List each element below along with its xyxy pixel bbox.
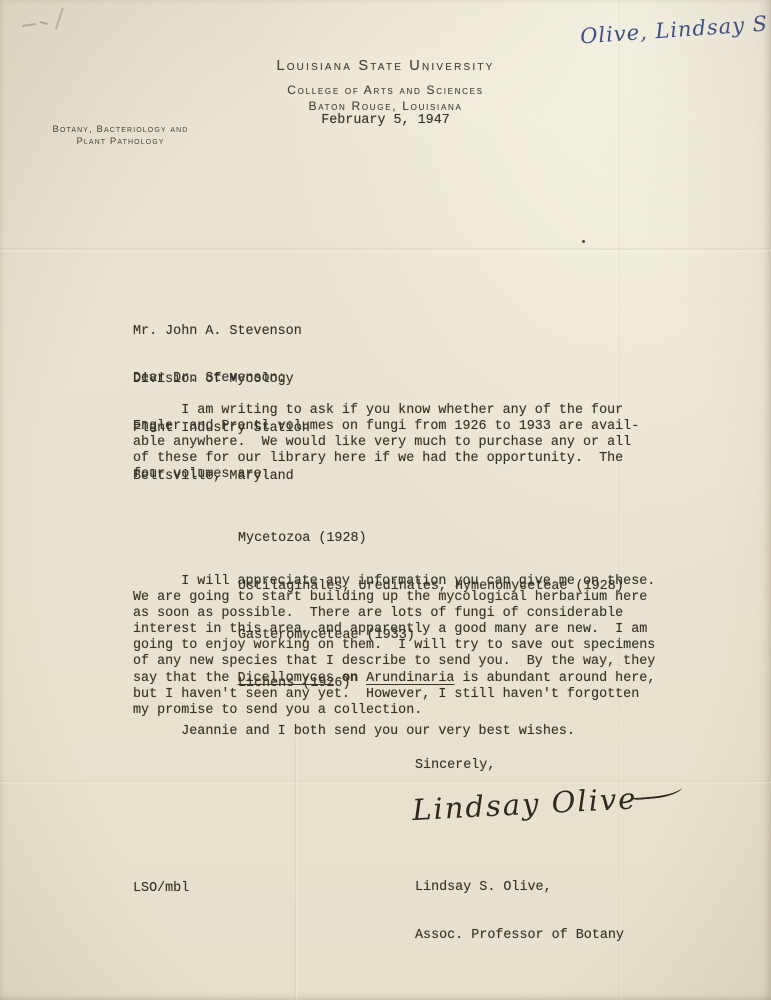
handwritten-filing-note: Olive, Lindsay S (579, 11, 768, 48)
letterhead-college: College of Arts and Sciences (0, 83, 771, 97)
valediction: Sincerely, (415, 758, 495, 774)
signature-block: Lindsay S. Olive, Assoc. Professor of Bo… (415, 848, 624, 977)
department-block: Botany, Bacteriology and Plant Pathology (28, 124, 213, 148)
body-paragraph-3: Jeannie and I both send you our very bes… (133, 724, 668, 740)
staple-mark (55, 8, 79, 34)
volume-item: Mycetozoa (1928) (238, 531, 624, 547)
signature-flourish (630, 780, 683, 800)
underlined-genus-arundinaria: Arundinaria (366, 671, 454, 686)
paper-crease (0, 247, 771, 252)
department-line2: Plant Pathology (28, 136, 213, 148)
signature-text: Lindsay Olive (411, 781, 638, 827)
typed-signature-name: Lindsay S. Olive, (415, 880, 624, 896)
paragraph2-text: on (334, 671, 366, 686)
ink-speck (582, 240, 585, 243)
typist-reference: LSO/mbl (133, 881, 189, 897)
body-paragraph-1: I am writing to ask if you know whether … (133, 403, 663, 483)
pencil-mark (40, 21, 48, 25)
letterhead-institution: Louisiana State University (0, 58, 771, 74)
typed-signature-title: Assoc. Professor of Botany (415, 928, 624, 944)
pencil-mark (22, 23, 36, 27)
salutation: Dear Dr. Stevenson: (133, 371, 286, 387)
recipient-name: Mr. John A. Stevenson (133, 324, 310, 340)
department-line1: Botany, Bacteriology and (28, 124, 213, 136)
underlined-genus-dicellomyces: Dicellomyces (237, 671, 333, 686)
paper-crease (294, 738, 298, 1000)
handwritten-signature: Lindsay Olive (411, 779, 684, 827)
letter-paper: Olive, Lindsay S Louisiana State Univers… (0, 0, 771, 1000)
paragraph2-text: I will appreciate any information you ca… (133, 574, 655, 686)
body-paragraph-2: I will appreciate any information you ca… (133, 574, 668, 719)
letterhead-location: Baton Rouge, Louisiana (0, 99, 771, 113)
